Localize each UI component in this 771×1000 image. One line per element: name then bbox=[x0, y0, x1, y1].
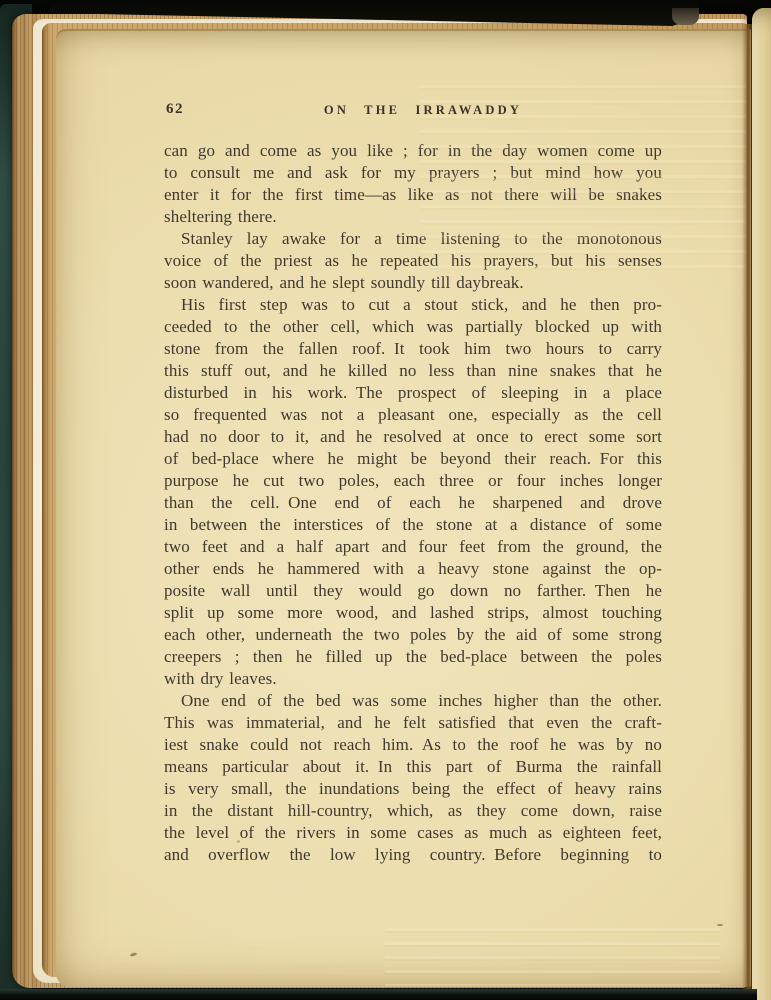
book-cover-bottom bbox=[0, 989, 757, 1000]
text-line: posite wall until they would go down no … bbox=[164, 580, 662, 602]
text-line: with dry leaves. bbox=[164, 668, 662, 690]
text-line: and overflow the low lying country. Befo… bbox=[164, 844, 662, 866]
text-line: One end of the bed was some inches highe… bbox=[164, 690, 662, 712]
text-line: so frequented was not a pleasant one, es… bbox=[164, 404, 662, 426]
text-line: than the cell. One end of each he sharpe… bbox=[164, 492, 662, 514]
book-scan-photo: 62 ON THE IRRAWADDY can go and come as y… bbox=[0, 0, 771, 1000]
adjacent-page-edge bbox=[752, 8, 771, 1000]
text-line: His first step was to cut a stout stick,… bbox=[164, 294, 662, 316]
paper-mark bbox=[717, 924, 723, 926]
text-line: disturbed in his work. The prospect of s… bbox=[164, 382, 662, 404]
paper-mark bbox=[237, 840, 240, 843]
text-line: iest snake could not reach him. As to th… bbox=[164, 734, 662, 756]
text-line: ceeded to the other cell, which was part… bbox=[164, 316, 662, 338]
text-line: of bed-place where he might be beyond th… bbox=[164, 448, 662, 470]
text-line: other ends he hammered with a heavy ston… bbox=[164, 558, 662, 580]
text-line: in the distant hill-country, which, as t… bbox=[164, 800, 662, 822]
text-line: had no door to it, and he resolved at on… bbox=[164, 426, 662, 448]
page-edge-streaks-top bbox=[420, 85, 746, 280]
text-line: purpose he cut two poles, each three or … bbox=[164, 470, 662, 492]
text-line: means particular about it. In this part … bbox=[164, 756, 662, 778]
text-line: two feet and a half apart and four feet … bbox=[164, 536, 662, 558]
page-gutter-crease bbox=[742, 24, 752, 990]
text-line: split up some more wood, and lashed stri… bbox=[164, 602, 662, 624]
text-line: each other, underneath the two poles by … bbox=[164, 624, 662, 646]
text-line: in between the interstices of the stone … bbox=[164, 514, 662, 536]
cover-corner-tab bbox=[672, 8, 699, 25]
page-edge-streaks-bottom bbox=[385, 928, 720, 986]
text-line: This was immaterial, and he felt satisfi… bbox=[164, 712, 662, 734]
text-line: creepers ; then he filled up the bed-pla… bbox=[164, 646, 662, 668]
text-line: is very small, the inundations being the… bbox=[164, 778, 662, 800]
text-line: stone from the fallen roof. It took him … bbox=[164, 338, 662, 360]
text-line: this stuff out, and he killed no less th… bbox=[164, 360, 662, 382]
